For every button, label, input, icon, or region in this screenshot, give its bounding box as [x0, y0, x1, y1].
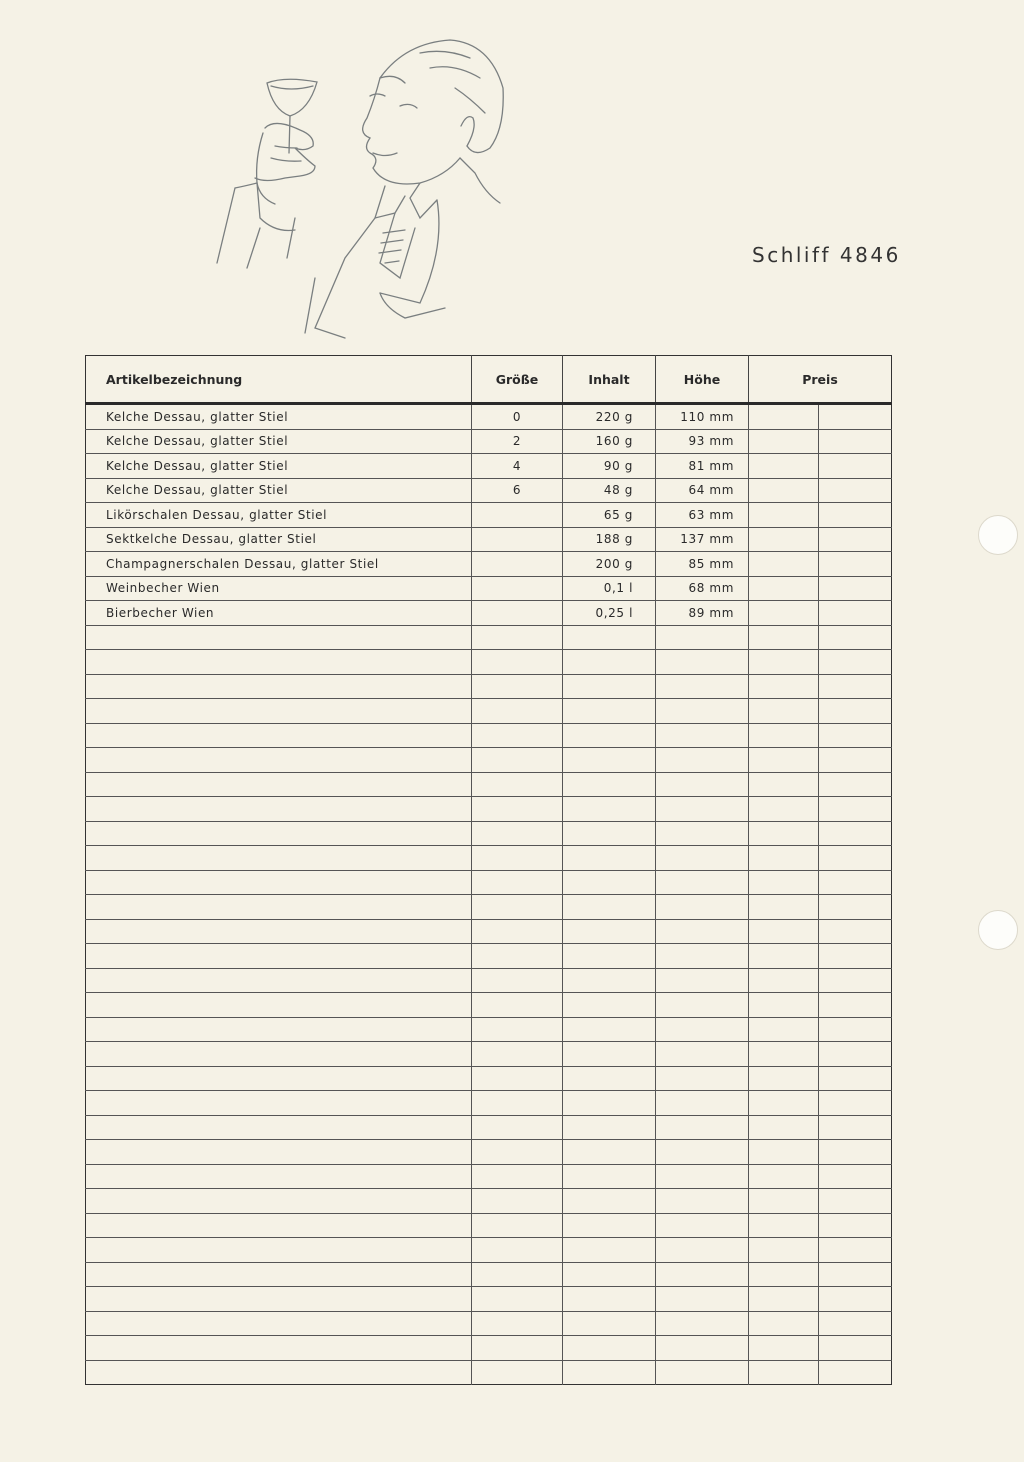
- empty-name-cell: [86, 870, 472, 895]
- empty-price-cell-1: [749, 870, 819, 895]
- empty-size-cell: [472, 1336, 563, 1361]
- article-height: 68 mm: [656, 576, 749, 601]
- empty-price-cell-1: [749, 797, 819, 822]
- empty-price-cell-2: [819, 944, 892, 969]
- empty-table-row: [86, 772, 892, 797]
- empty-price-cell-1: [749, 1336, 819, 1361]
- empty-name-cell: [86, 1238, 472, 1263]
- empty-content-cell: [563, 625, 656, 650]
- empty-table-row: [86, 1336, 892, 1361]
- article-content: 0,1 l: [563, 576, 656, 601]
- document-title: Schliff 4846: [752, 243, 901, 267]
- empty-content-cell: [563, 1213, 656, 1238]
- empty-table-row: [86, 993, 892, 1018]
- empty-content-cell: [563, 1360, 656, 1385]
- article-height: 110 mm: [656, 404, 749, 430]
- empty-name-cell: [86, 674, 472, 699]
- empty-height-cell: [656, 1213, 749, 1238]
- empty-content-cell: [563, 1311, 656, 1336]
- empty-price-cell-2: [819, 1017, 892, 1042]
- table-row: Likörschalen Dessau, glatter Stiel65 g63…: [86, 503, 892, 528]
- empty-price-cell-2: [819, 1287, 892, 1312]
- empty-price-cell-1: [749, 1189, 819, 1214]
- empty-height-cell: [656, 1238, 749, 1263]
- table-row: Weinbecher Wien0,1 l68 mm: [86, 576, 892, 601]
- empty-content-cell: [563, 846, 656, 871]
- empty-price-cell-1: [749, 968, 819, 993]
- empty-price-cell-2: [819, 1189, 892, 1214]
- empty-table-row: [86, 1311, 892, 1336]
- empty-content-cell: [563, 993, 656, 1018]
- empty-table-row: [86, 895, 892, 920]
- article-height: 63 mm: [656, 503, 749, 528]
- empty-height-cell: [656, 748, 749, 773]
- empty-table-row: [86, 650, 892, 675]
- empty-price-cell-2: [819, 1360, 892, 1385]
- article-name: Kelche Dessau, glatter Stiel: [86, 478, 472, 503]
- empty-table-row: [86, 846, 892, 871]
- article-content: 90 g: [563, 454, 656, 479]
- empty-height-cell: [656, 650, 749, 675]
- empty-content-cell: [563, 1189, 656, 1214]
- empty-height-cell: [656, 1066, 749, 1091]
- empty-name-cell: [86, 1287, 472, 1312]
- table-row: Kelche Dessau, glatter Stiel648 g64 mm: [86, 478, 892, 503]
- price-cell-2: [819, 576, 892, 601]
- article-height: 64 mm: [656, 478, 749, 503]
- empty-price-cell-1: [749, 1017, 819, 1042]
- empty-height-cell: [656, 1017, 749, 1042]
- empty-table-row: [86, 1238, 892, 1263]
- empty-table-row: [86, 1164, 892, 1189]
- empty-height-cell: [656, 846, 749, 871]
- empty-name-cell: [86, 944, 472, 969]
- empty-name-cell: [86, 1164, 472, 1189]
- empty-table-row: [86, 870, 892, 895]
- empty-height-cell: [656, 1091, 749, 1116]
- empty-table-row: [86, 1066, 892, 1091]
- empty-price-cell-2: [819, 1115, 892, 1140]
- empty-size-cell: [472, 797, 563, 822]
- empty-height-cell: [656, 674, 749, 699]
- empty-content-cell: [563, 1140, 656, 1165]
- article-height: 85 mm: [656, 552, 749, 577]
- price-cell-1: [749, 503, 819, 528]
- empty-table-row: [86, 1042, 892, 1067]
- article-size: 2: [472, 429, 563, 454]
- article-size: [472, 503, 563, 528]
- article-content: 220 g: [563, 404, 656, 430]
- empty-content-cell: [563, 1115, 656, 1140]
- empty-price-cell-2: [819, 1164, 892, 1189]
- article-height: 81 mm: [656, 454, 749, 479]
- empty-content-cell: [563, 797, 656, 822]
- empty-content-cell: [563, 1091, 656, 1116]
- article-content: 65 g: [563, 503, 656, 528]
- empty-size-cell: [472, 846, 563, 871]
- empty-price-cell-1: [749, 674, 819, 699]
- empty-size-cell: [472, 968, 563, 993]
- empty-price-cell-1: [749, 699, 819, 724]
- empty-name-cell: [86, 1017, 472, 1042]
- price-cell-1: [749, 454, 819, 479]
- empty-price-cell-1: [749, 1238, 819, 1263]
- header-inhalt: Inhalt: [563, 356, 656, 404]
- empty-content-cell: [563, 699, 656, 724]
- article-name: Sektkelche Dessau, glatter Stiel: [86, 527, 472, 552]
- header-artikelbezeichnung: Artikelbezeichnung: [86, 356, 472, 404]
- empty-price-cell-2: [819, 846, 892, 871]
- article-height: 93 mm: [656, 429, 749, 454]
- empty-table-row: [86, 748, 892, 773]
- empty-content-cell: [563, 821, 656, 846]
- empty-content-cell: [563, 674, 656, 699]
- empty-size-cell: [472, 1164, 563, 1189]
- empty-price-cell-2: [819, 650, 892, 675]
- empty-height-cell: [656, 821, 749, 846]
- article-content: 0,25 l: [563, 601, 656, 626]
- empty-name-cell: [86, 1189, 472, 1214]
- empty-name-cell: [86, 1066, 472, 1091]
- empty-price-cell-2: [819, 797, 892, 822]
- empty-table-row: [86, 674, 892, 699]
- empty-price-cell-2: [819, 674, 892, 699]
- empty-height-cell: [656, 1287, 749, 1312]
- empty-price-cell-1: [749, 625, 819, 650]
- article-size: 6: [472, 478, 563, 503]
- empty-size-cell: [472, 772, 563, 797]
- article-name: Kelche Dessau, glatter Stiel: [86, 404, 472, 430]
- empty-table-row: [86, 1140, 892, 1165]
- empty-name-cell: [86, 1311, 472, 1336]
- empty-table-row: [86, 1262, 892, 1287]
- empty-size-cell: [472, 1017, 563, 1042]
- empty-name-cell: [86, 748, 472, 773]
- empty-price-cell-2: [819, 1262, 892, 1287]
- article-size: 0: [472, 404, 563, 430]
- empty-name-cell: [86, 919, 472, 944]
- article-content: 160 g: [563, 429, 656, 454]
- empty-price-cell-1: [749, 748, 819, 773]
- empty-price-cell-1: [749, 1140, 819, 1165]
- empty-price-cell-2: [819, 1140, 892, 1165]
- price-cell-2: [819, 527, 892, 552]
- empty-price-cell-2: [819, 1066, 892, 1091]
- empty-price-cell-1: [749, 1287, 819, 1312]
- punch-hole-top: [978, 515, 1018, 555]
- empty-size-cell: [472, 1311, 563, 1336]
- empty-height-cell: [656, 772, 749, 797]
- empty-size-cell: [472, 748, 563, 773]
- article-content: 188 g: [563, 527, 656, 552]
- empty-price-cell-1: [749, 723, 819, 748]
- empty-table-row: [86, 1115, 892, 1140]
- empty-size-cell: [472, 1238, 563, 1263]
- empty-price-cell-1: [749, 895, 819, 920]
- empty-content-cell: [563, 748, 656, 773]
- empty-size-cell: [472, 1042, 563, 1067]
- header-preis: Preis: [749, 356, 892, 404]
- empty-content-cell: [563, 919, 656, 944]
- empty-size-cell: [472, 625, 563, 650]
- empty-content-cell: [563, 1238, 656, 1263]
- empty-content-cell: [563, 1164, 656, 1189]
- empty-height-cell: [656, 1189, 749, 1214]
- empty-table-row: [86, 797, 892, 822]
- empty-size-cell: [472, 1213, 563, 1238]
- empty-price-cell-2: [819, 772, 892, 797]
- article-name: Kelche Dessau, glatter Stiel: [86, 454, 472, 479]
- empty-name-cell: [86, 1115, 472, 1140]
- empty-table-row: [86, 723, 892, 748]
- empty-height-cell: [656, 1140, 749, 1165]
- header-hoehe: Höhe: [656, 356, 749, 404]
- empty-height-cell: [656, 870, 749, 895]
- empty-name-cell: [86, 772, 472, 797]
- article-height: 89 mm: [656, 601, 749, 626]
- empty-size-cell: [472, 1287, 563, 1312]
- empty-price-cell-1: [749, 1262, 819, 1287]
- empty-price-cell-2: [819, 723, 892, 748]
- header-groesse: Größe: [472, 356, 563, 404]
- empty-price-cell-2: [819, 993, 892, 1018]
- empty-height-cell: [656, 1311, 749, 1336]
- empty-content-cell: [563, 650, 656, 675]
- article-content: 48 g: [563, 478, 656, 503]
- table-row: Sektkelche Dessau, glatter Stiel188 g137…: [86, 527, 892, 552]
- empty-content-cell: [563, 944, 656, 969]
- man-with-glass-illustration: [205, 18, 515, 343]
- empty-table-row: [86, 1189, 892, 1214]
- empty-size-cell: [472, 1091, 563, 1116]
- empty-content-cell: [563, 1287, 656, 1312]
- empty-name-cell: [86, 1091, 472, 1116]
- article-size: [472, 527, 563, 552]
- table-body: Kelche Dessau, glatter Stiel0220 g110 mm…: [86, 404, 892, 1385]
- empty-price-cell-1: [749, 1042, 819, 1067]
- price-cell-2: [819, 552, 892, 577]
- empty-price-cell-2: [819, 870, 892, 895]
- empty-size-cell: [472, 870, 563, 895]
- article-size: [472, 601, 563, 626]
- article-size: 4: [472, 454, 563, 479]
- empty-size-cell: [472, 1262, 563, 1287]
- empty-name-cell: [86, 650, 472, 675]
- empty-height-cell: [656, 944, 749, 969]
- empty-price-cell-1: [749, 1066, 819, 1091]
- empty-height-cell: [656, 1360, 749, 1385]
- empty-name-cell: [86, 1360, 472, 1385]
- empty-price-cell-2: [819, 821, 892, 846]
- article-name: Weinbecher Wien: [86, 576, 472, 601]
- table-header-row: Artikelbezeichnung Größe Inhalt Höhe Pre…: [86, 356, 892, 404]
- empty-name-cell: [86, 1262, 472, 1287]
- empty-price-cell-1: [749, 1213, 819, 1238]
- price-cell-2: [819, 454, 892, 479]
- empty-name-cell: [86, 1336, 472, 1361]
- empty-table-row: [86, 919, 892, 944]
- empty-size-cell: [472, 993, 563, 1018]
- empty-size-cell: [472, 944, 563, 969]
- empty-table-row: [86, 968, 892, 993]
- empty-size-cell: [472, 699, 563, 724]
- empty-price-cell-2: [819, 1042, 892, 1067]
- empty-size-cell: [472, 1140, 563, 1165]
- empty-size-cell: [472, 723, 563, 748]
- empty-name-cell: [86, 699, 472, 724]
- price-cell-1: [749, 601, 819, 626]
- empty-size-cell: [472, 919, 563, 944]
- empty-price-cell-1: [749, 919, 819, 944]
- empty-content-cell: [563, 772, 656, 797]
- empty-price-cell-1: [749, 650, 819, 675]
- empty-height-cell: [656, 919, 749, 944]
- article-price-table: Artikelbezeichnung Größe Inhalt Höhe Pre…: [85, 355, 892, 1385]
- empty-price-cell-2: [819, 625, 892, 650]
- empty-name-cell: [86, 993, 472, 1018]
- empty-price-cell-1: [749, 993, 819, 1018]
- empty-price-cell-2: [819, 895, 892, 920]
- empty-name-cell: [86, 1140, 472, 1165]
- empty-size-cell: [472, 1066, 563, 1091]
- empty-name-cell: [86, 968, 472, 993]
- empty-height-cell: [656, 993, 749, 1018]
- empty-name-cell: [86, 797, 472, 822]
- empty-table-row: [86, 1091, 892, 1116]
- empty-height-cell: [656, 723, 749, 748]
- price-cell-2: [819, 404, 892, 430]
- empty-content-cell: [563, 1262, 656, 1287]
- empty-height-cell: [656, 625, 749, 650]
- empty-size-cell: [472, 1115, 563, 1140]
- price-cell-2: [819, 601, 892, 626]
- price-cell-2: [819, 503, 892, 528]
- empty-price-cell-2: [819, 1213, 892, 1238]
- empty-height-cell: [656, 1115, 749, 1140]
- price-cell-1: [749, 552, 819, 577]
- price-cell-2: [819, 429, 892, 454]
- empty-size-cell: [472, 650, 563, 675]
- empty-table-row: [86, 944, 892, 969]
- empty-price-cell-2: [819, 1336, 892, 1361]
- table-row: Bierbecher Wien0,25 l89 mm: [86, 601, 892, 626]
- price-cell-1: [749, 576, 819, 601]
- empty-price-cell-2: [819, 1091, 892, 1116]
- empty-content-cell: [563, 723, 656, 748]
- empty-price-cell-1: [749, 772, 819, 797]
- empty-height-cell: [656, 699, 749, 724]
- empty-content-cell: [563, 1066, 656, 1091]
- empty-price-cell-2: [819, 1311, 892, 1336]
- empty-table-row: [86, 625, 892, 650]
- empty-size-cell: [472, 1360, 563, 1385]
- article-height: 137 mm: [656, 527, 749, 552]
- empty-name-cell: [86, 723, 472, 748]
- empty-price-cell-1: [749, 1115, 819, 1140]
- empty-height-cell: [656, 968, 749, 993]
- article-size: [472, 576, 563, 601]
- empty-price-cell-1: [749, 821, 819, 846]
- empty-name-cell: [86, 1042, 472, 1067]
- empty-content-cell: [563, 870, 656, 895]
- article-name: Likörschalen Dessau, glatter Stiel: [86, 503, 472, 528]
- empty-content-cell: [563, 895, 656, 920]
- empty-price-cell-1: [749, 1360, 819, 1385]
- empty-name-cell: [86, 821, 472, 846]
- empty-height-cell: [656, 1042, 749, 1067]
- empty-height-cell: [656, 1164, 749, 1189]
- table-row: Champagnerschalen Dessau, glatter Stiel2…: [86, 552, 892, 577]
- empty-table-row: [86, 1017, 892, 1042]
- punch-hole-bottom: [978, 910, 1018, 950]
- empty-price-cell-2: [819, 968, 892, 993]
- empty-name-cell: [86, 846, 472, 871]
- empty-size-cell: [472, 821, 563, 846]
- empty-price-cell-1: [749, 944, 819, 969]
- empty-name-cell: [86, 625, 472, 650]
- empty-height-cell: [656, 797, 749, 822]
- price-cell-1: [749, 429, 819, 454]
- article-size: [472, 552, 563, 577]
- article-name: Champagnerschalen Dessau, glatter Stiel: [86, 552, 472, 577]
- empty-price-cell-1: [749, 846, 819, 871]
- empty-table-row: [86, 1360, 892, 1385]
- empty-content-cell: [563, 968, 656, 993]
- empty-price-cell-2: [819, 748, 892, 773]
- empty-price-cell-1: [749, 1311, 819, 1336]
- price-cell-1: [749, 404, 819, 430]
- table-row: Kelche Dessau, glatter Stiel0220 g110 mm: [86, 404, 892, 430]
- article-content: 200 g: [563, 552, 656, 577]
- price-cell-1: [749, 527, 819, 552]
- empty-table-row: [86, 821, 892, 846]
- price-cell-2: [819, 478, 892, 503]
- empty-table-row: [86, 1287, 892, 1312]
- price-cell-1: [749, 478, 819, 503]
- empty-height-cell: [656, 1336, 749, 1361]
- empty-size-cell: [472, 674, 563, 699]
- article-name: Kelche Dessau, glatter Stiel: [86, 429, 472, 454]
- empty-content-cell: [563, 1042, 656, 1067]
- empty-table-row: [86, 699, 892, 724]
- empty-table-row: [86, 1213, 892, 1238]
- empty-name-cell: [86, 895, 472, 920]
- article-name: Bierbecher Wien: [86, 601, 472, 626]
- empty-price-cell-2: [819, 699, 892, 724]
- empty-price-cell-1: [749, 1091, 819, 1116]
- empty-content-cell: [563, 1017, 656, 1042]
- empty-price-cell-1: [749, 1164, 819, 1189]
- empty-content-cell: [563, 1336, 656, 1361]
- empty-height-cell: [656, 895, 749, 920]
- empty-size-cell: [472, 895, 563, 920]
- table-row: Kelche Dessau, glatter Stiel490 g81 mm: [86, 454, 892, 479]
- table-row: Kelche Dessau, glatter Stiel2160 g93 mm: [86, 429, 892, 454]
- empty-price-cell-2: [819, 919, 892, 944]
- empty-size-cell: [472, 1189, 563, 1214]
- empty-price-cell-2: [819, 1238, 892, 1263]
- empty-name-cell: [86, 1213, 472, 1238]
- empty-height-cell: [656, 1262, 749, 1287]
